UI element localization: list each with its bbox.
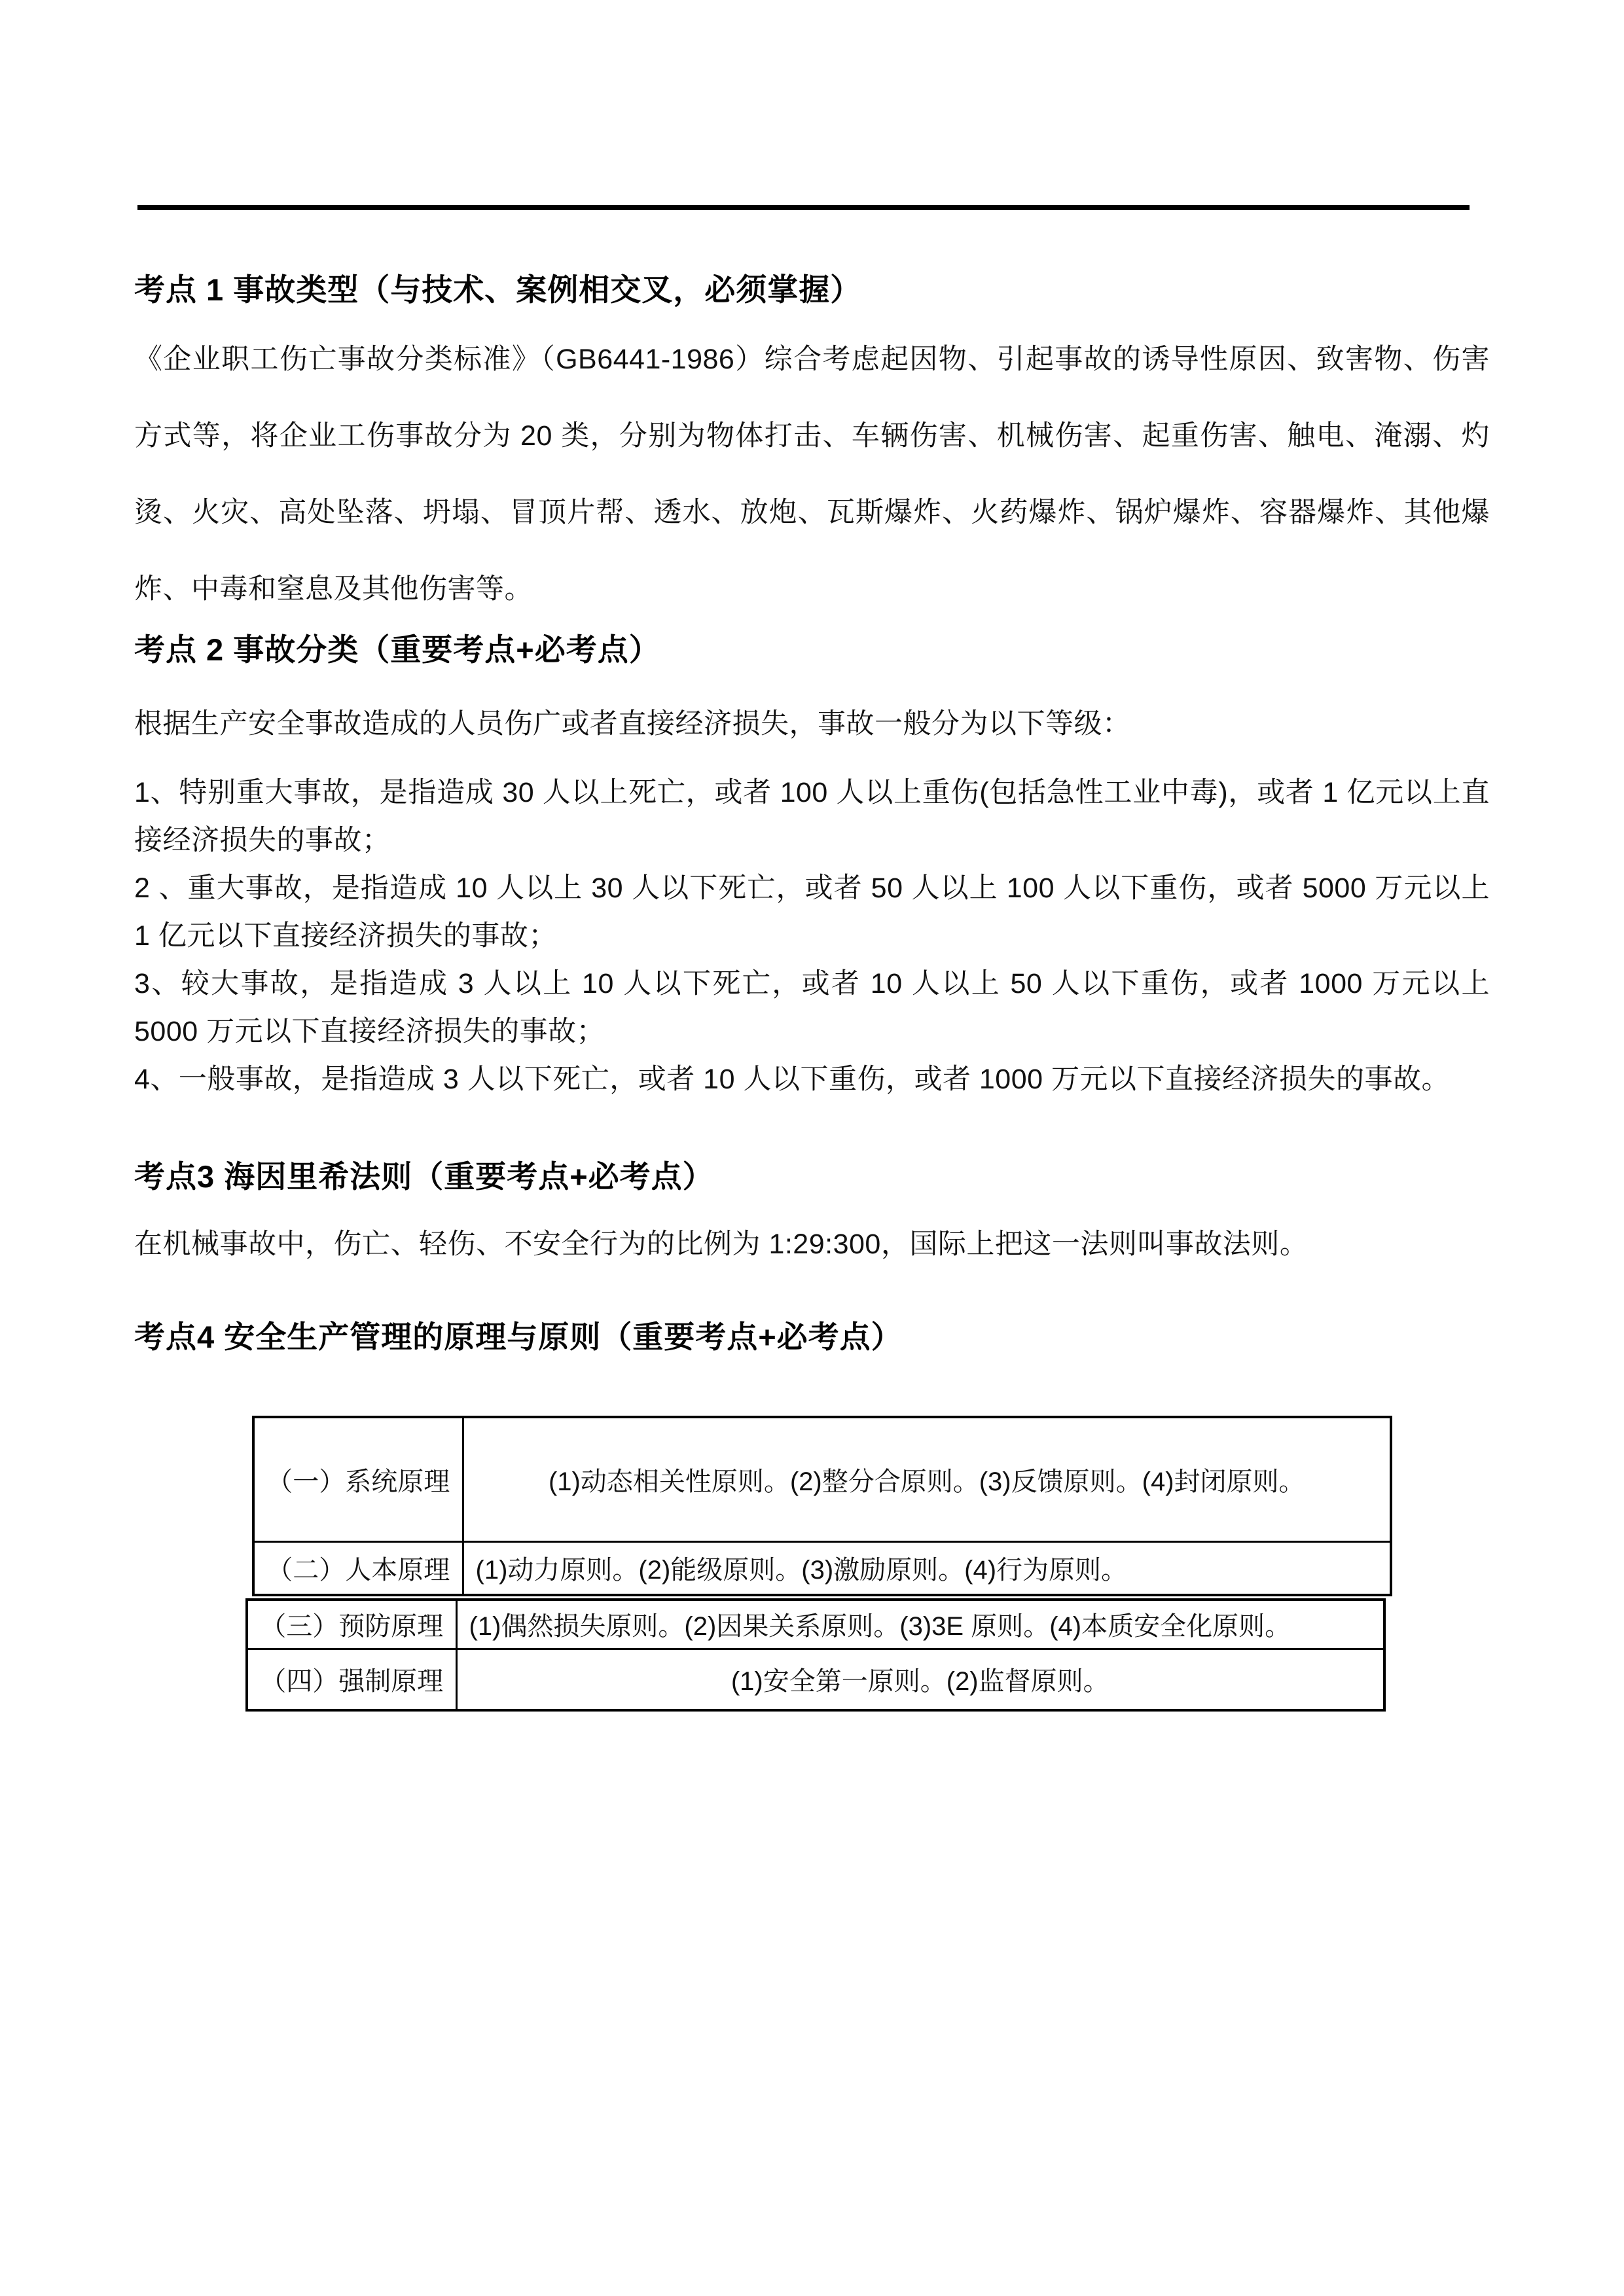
principle-content-compulsion: (1)安全第一原则。(2)监督原则。 xyxy=(456,1649,1384,1710)
keypoint-2-intro: 根据生产安全事故造成的人员伤广或者直接经济损失，事故一般分为以下等级： xyxy=(134,704,1490,744)
table-row: （一）系统原理 (1)动态相关性原则。(2)整分合原则。(3)反馈原则。(4)封… xyxy=(253,1417,1391,1541)
principle-content-human: (1)动力原则。(2)能级原则。(3)激励原则。(4)行为原则。 xyxy=(463,1541,1391,1595)
keypoint-4-heading: 考点4 安全生产管理的原理与原则（重要考点+必考点） xyxy=(134,1319,1490,1355)
principle-label-compulsion: （四）强制原理 xyxy=(247,1649,456,1710)
table-row: （三）预防原理 (1)偶然损失原则。(2)因果关系原则。(3)3E 原则。(4)… xyxy=(247,1600,1384,1649)
header-divider-rule xyxy=(137,205,1470,210)
principle-content-system: (1)动态相关性原则。(2)整分合原则。(3)反馈原则。(4)封闭原则。 xyxy=(463,1417,1391,1541)
grade-item-3: 3、较大事故，是指造成 3 人以上 10 人以下死亡，或者 10 人以上 50 … xyxy=(134,960,1490,1056)
principle-content-prevention: (1)偶然损失原则。(2)因果关系原则。(3)3E 原则。(4)本质安全化原则。 xyxy=(456,1600,1384,1649)
principle-label-human: （二）人本原理 xyxy=(253,1541,463,1595)
keypoint-1-paragraph: 《企业职工伤亡事故分类标准》（GB6441-1986）综合考虑起因物、引起事故的… xyxy=(134,321,1490,628)
page-content: 考点 1 事故类型（与技术、案例相交叉，必须掌握） 《企业职工伤亡事故分类标准》… xyxy=(0,205,1624,1712)
keypoint-1-heading: 考点 1 事故类型（与技术、案例相交叉，必须掌握） xyxy=(134,272,1490,308)
accident-grade-list: 1、特别重大事故，是指造成 30 人以上死亡，或者 100 人以上重伤(包括急性… xyxy=(134,769,1490,1103)
keypoint-2-heading: 考点 2 事故分类（重要考点+必考点） xyxy=(134,632,1490,668)
table-row: （二）人本原理 (1)动力原则。(2)能级原则。(3)激励原则。(4)行为原则。 xyxy=(253,1541,1391,1595)
keypoint-3-paragraph: 在机械事故中，伤亡、轻伤、不安全行为的比例为 1:29:300，国际上把这一法则… xyxy=(134,1225,1490,1264)
document-page: 考点 1 事故类型（与技术、案例相交叉，必须掌握） 《企业职工伤亡事故分类标准》… xyxy=(0,0,1624,2296)
table-row: （四）强制原理 (1)安全第一原则。(2)监督原则。 xyxy=(247,1649,1384,1710)
principles-table-upper: （一）系统原理 (1)动态相关性原则。(2)整分合原则。(3)反馈原则。(4)封… xyxy=(252,1416,1490,1596)
grade-item-4: 4、一般事故，是指造成 3 人以下死亡，或者 10 人以下重伤，或者 1000 … xyxy=(134,1056,1490,1103)
principles-table-lower: （三）预防原理 (1)偶然损失原则。(2)因果关系原则。(3)3E 原则。(4)… xyxy=(245,1598,1490,1712)
principle-label-system: （一）系统原理 xyxy=(253,1417,463,1541)
principle-label-prevention: （三）预防原理 xyxy=(247,1600,456,1649)
grade-item-2: 2 、重大事故，是指造成 10 人以上 30 人以下死亡，或者 50 人以上 1… xyxy=(134,865,1490,960)
grade-item-1: 1、特别重大事故，是指造成 30 人以上死亡，或者 100 人以上重伤(包括急性… xyxy=(134,769,1490,865)
keypoint-3-heading: 考点3 海因里希法则（重要考点+必考点） xyxy=(134,1158,1490,1195)
